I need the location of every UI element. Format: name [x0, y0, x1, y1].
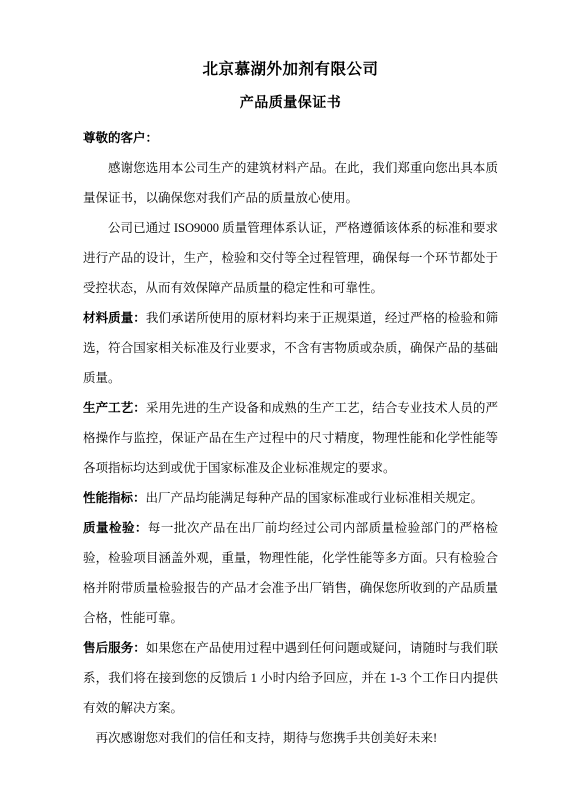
closing-line: 再次感谢您对我们的信任和支持，期待与您携手共创美好未来! [83, 723, 498, 753]
section-quality-inspection-label: 质量检验： [83, 521, 148, 535]
section-material-quality-text: 我们承诺所使用的原材料均来于正规渠道，经过严格的检验和筛选，符合国家相关标准及行… [83, 311, 498, 385]
section-after-sales-service-text: 如果您在产品使用过程中遇到任何问题或疑问，请随时与我们联系，我们将在接到您的反馈… [83, 641, 498, 715]
section-production-process: 生产工艺：采用先进的生产设备和成熟的生产工艺，结合专业技术人员的严格操作与监控，… [83, 393, 498, 483]
section-production-process-label: 生产工艺： [83, 401, 146, 415]
salutation: 尊敬的客户： [83, 123, 498, 153]
section-quality-inspection-text: 每一批次产品在出厂前均经过公司内部质量检验部门的严格检验，检验项目涵盖外观，重量… [83, 521, 498, 625]
section-performance-index: 性能指标：出厂产品均能满足每种产品的国家标准或行业标准相关规定。 [83, 483, 498, 513]
document-page: 北京慕湖外加剂有限公司 产品质量保证书 尊敬的客户： 感谢您选用本公司生产的建筑… [0, 0, 580, 800]
section-after-sales-service-label: 售后服务： [83, 641, 146, 655]
section-production-process-text: 采用先进的生产设备和成熟的生产工艺，结合专业技术人员的严格操作与监控，保证产品在… [83, 401, 498, 475]
section-performance-index-label: 性能指标： [83, 491, 146, 505]
section-quality-inspection: 质量检验：每一批次产品在出厂前均经过公司内部质量检验部门的严格检验，检验项目涵盖… [83, 513, 498, 633]
document-title: 产品质量保证书 [83, 96, 498, 112]
section-material-quality: 材料质量：我们承诺所使用的原材料均来于正规渠道，经过严格的检验和筛选，符合国家相… [83, 303, 498, 393]
intro-paragraph-iso: 公司已通过 ISO9000 质量管理体系认证，严格遵循该体系的标准和要求进行产品… [83, 213, 498, 303]
section-after-sales-service: 售后服务：如果您在产品使用过程中遇到任何问题或疑问，请随时与我们联系，我们将在接… [83, 633, 498, 723]
section-material-quality-label: 材料质量： [83, 311, 146, 325]
intro-paragraph-thanks: 感谢您选用本公司生产的建筑材料产品。在此，我们郑重向您出具本质量保证书，以确保您… [83, 153, 498, 213]
company-name-title: 北京慕湖外加剂有限公司 [83, 61, 498, 78]
section-performance-index-text: 出厂产品均能满足每种产品的国家标准或行业标准相关规定。 [146, 491, 484, 505]
document-body: 尊敬的客户： 感谢您选用本公司生产的建筑材料产品。在此，我们郑重向您出具本质量保… [83, 123, 498, 753]
